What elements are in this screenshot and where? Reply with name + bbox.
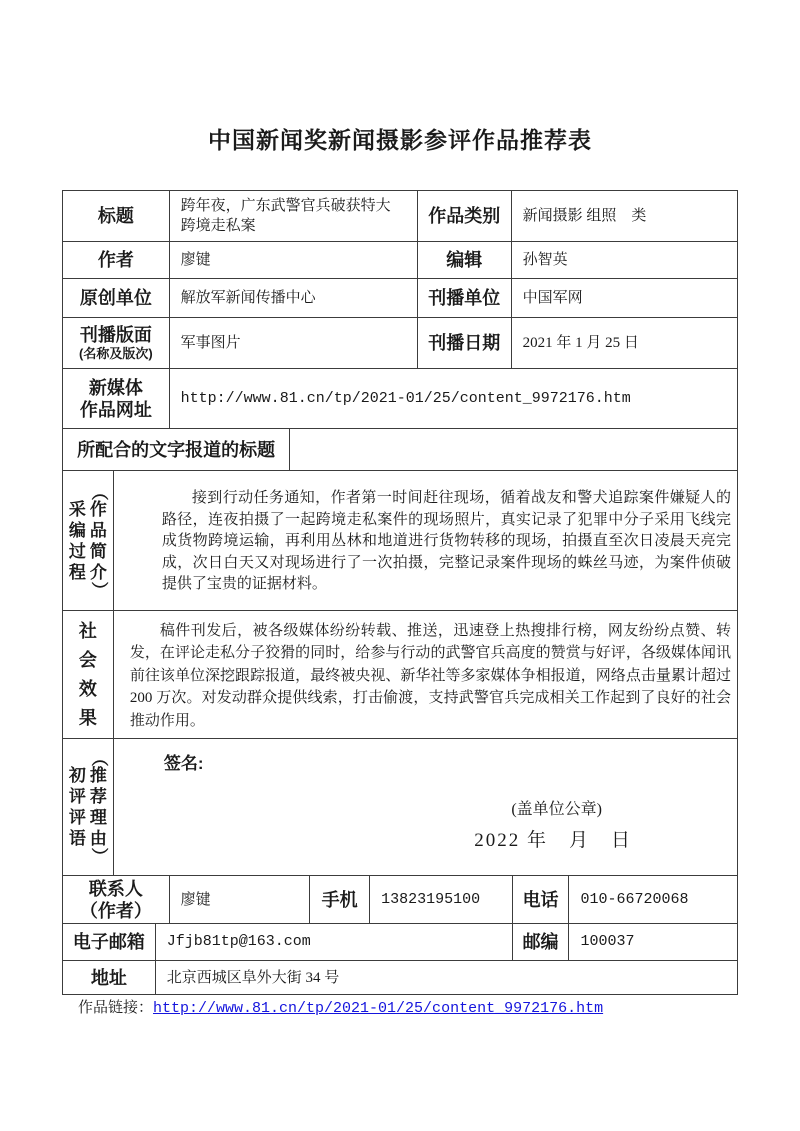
url-label-line-1: 新媒体 bbox=[89, 377, 143, 399]
table-row: 电子邮箱 Jfjb81tp@163.com 邮编 100037 bbox=[63, 924, 737, 961]
effect-label-column: 社会效果 bbox=[79, 617, 97, 733]
field-label-intro: 采编过程 （作品简介） bbox=[63, 471, 114, 610]
intro-label-right-column: （作品简介） bbox=[90, 485, 107, 597]
effect-paragraph: 稿件刊发后，被各级媒体纷纷转载、推送，迅速登上热搜排行榜，网友纷纷点赞、转发，在… bbox=[114, 611, 737, 738]
title-line-2: 跨境走私案 bbox=[181, 216, 256, 236]
field-label-publish-unit: 刊播单位 bbox=[418, 279, 512, 317]
review-label-left-column: 初评评语 bbox=[69, 765, 86, 849]
field-value-category: 新闻摄影 组照 类 bbox=[512, 191, 737, 241]
table-row: 作者 廖键 编辑 孙智英 bbox=[63, 242, 737, 279]
field-value-effect: 稿件刊发后，被各级媒体纷纷转载、推送，迅速登上热搜排行榜，网友纷纷点赞、转发，在… bbox=[114, 611, 737, 738]
field-value-contact: 廖键 bbox=[170, 876, 311, 923]
table-row: 采编过程 （作品简介） 接到行动任务通知，作者第一时间赶往现场，循着战友和警犬追… bbox=[63, 471, 737, 611]
field-value-publish-date: 2021 年 1 月 25 日 bbox=[512, 318, 737, 368]
review-label-right-column: （推荐理由） bbox=[90, 751, 107, 863]
field-label-zip: 邮编 bbox=[513, 924, 570, 960]
field-label-mobile: 手机 bbox=[310, 876, 370, 923]
intro-label-left-column: 采编过程 bbox=[69, 499, 86, 583]
title-line-1: 跨年夜，广东武警官兵破获特大 bbox=[181, 196, 391, 216]
field-value-review: 签名: (盖单位公章) 2022 年 月 日 bbox=[114, 739, 737, 875]
table-row: 地址 北京西城区阜外大街 34 号 bbox=[63, 961, 737, 994]
table-row: 新媒体 作品网址 http://www.81.cn/tp/2021-01/25/… bbox=[63, 369, 737, 429]
field-value-publish-unit: 中国军网 bbox=[512, 279, 737, 317]
field-value-mobile: 13823195100 bbox=[370, 876, 513, 923]
work-link[interactable]: http://www.81.cn/tp/2021-01/25/content_9… bbox=[153, 1000, 603, 1017]
field-value-title: 跨年夜，广东武警官兵破获特大 跨境走私案 bbox=[170, 191, 418, 241]
table-row: 原创单位 解放军新闻传播中心 刊播单位 中国军网 bbox=[63, 279, 737, 318]
table-row: 社会效果 稿件刊发后，被各级媒体纷纷转载、推送，迅速登上热搜排行榜，网友纷纷点赞… bbox=[63, 611, 737, 739]
field-label-editor: 编辑 bbox=[418, 242, 512, 278]
contact-label-line-2: （作者） bbox=[80, 900, 152, 922]
layout-label-line-2: (名称及版次) bbox=[79, 346, 153, 362]
date-blank: 2022 年 月 日 bbox=[474, 825, 632, 852]
field-label-title: 标题 bbox=[63, 191, 170, 241]
table-row: 所配合的文字报道的标题 bbox=[63, 429, 737, 471]
field-value-intro: 接到行动任务通知，作者第一时间赶往现场，循着战友和警犬追踪案件嫌疑人的路径，连夜… bbox=[114, 471, 737, 610]
field-value-orig-unit: 解放军新闻传播中心 bbox=[170, 279, 418, 317]
field-label-text-report: 所配合的文字报道的标题 bbox=[63, 429, 290, 470]
table-row: 标题 跨年夜，广东武警官兵破获特大 跨境走私案 作品类别 新闻摄影 组照 类 bbox=[63, 191, 737, 242]
seal-note: (盖单位公章) bbox=[511, 796, 602, 819]
field-value-layout: 军事图片 bbox=[170, 318, 418, 368]
field-value-address: 北京西城区阜外大街 34 号 bbox=[156, 961, 737, 994]
field-label-phone: 电话 bbox=[513, 876, 570, 923]
field-label-effect: 社会效果 bbox=[63, 611, 114, 738]
work-link-label: 作品链接： bbox=[78, 1000, 153, 1016]
intro-paragraph: 接到行动任务通知，作者第一时间赶往现场，循着战友和警犬追踪案件嫌疑人的路径，连夜… bbox=[114, 479, 737, 602]
field-label-review: 初评评语 （推荐理由） bbox=[63, 739, 114, 875]
field-value-phone: 010-66720068 bbox=[569, 876, 737, 923]
field-value-email: Jfjb81tp@163.com bbox=[156, 924, 513, 960]
field-label-publish-date: 刊播日期 bbox=[418, 318, 512, 368]
field-value-zip: 100037 bbox=[569, 924, 737, 960]
table-row: 联系人 （作者） 廖键 手机 13823195100 电话 010-667200… bbox=[63, 876, 737, 924]
field-label-url: 新媒体 作品网址 bbox=[63, 369, 170, 428]
field-value-text-report bbox=[290, 429, 737, 470]
table-row: 刊播版面 (名称及版次) 军事图片 刊播日期 2021 年 1 月 25 日 bbox=[63, 318, 737, 369]
signature-label: 签名: bbox=[164, 749, 204, 774]
field-value-url: http://www.81.cn/tp/2021-01/25/content_9… bbox=[170, 369, 737, 428]
document-page: 中国新闻奖新闻摄影参评作品推荐表 标题 跨年夜，广东武警官兵破获特大 跨境走私案… bbox=[0, 0, 800, 1131]
field-label-contact: 联系人 （作者） bbox=[63, 876, 170, 923]
layout-label-line-1: 刊播版面 bbox=[80, 324, 152, 346]
work-link-line: 作品链接：http://www.81.cn/tp/2021-01/25/cont… bbox=[78, 996, 603, 1017]
field-label-layout: 刊播版面 (名称及版次) bbox=[63, 318, 170, 368]
page-title: 中国新闻奖新闻摄影参评作品推荐表 bbox=[0, 122, 800, 155]
field-label-author: 作者 bbox=[63, 242, 170, 278]
field-value-author: 廖键 bbox=[170, 242, 418, 278]
url-label-line-2: 作品网址 bbox=[80, 399, 152, 421]
recommendation-table: 标题 跨年夜，广东武警官兵破获特大 跨境走私案 作品类别 新闻摄影 组照 类 作… bbox=[62, 190, 738, 995]
table-row: 初评评语 （推荐理由） 签名: (盖单位公章) 2022 年 月 日 bbox=[63, 739, 737, 876]
contact-label-line-1: 联系人 bbox=[89, 878, 143, 900]
field-value-editor: 孙智英 bbox=[512, 242, 737, 278]
field-label-address: 地址 bbox=[63, 961, 156, 994]
field-label-email: 电子邮箱 bbox=[63, 924, 156, 960]
field-label-category: 作品类别 bbox=[418, 191, 512, 241]
field-label-orig-unit: 原创单位 bbox=[63, 279, 170, 317]
